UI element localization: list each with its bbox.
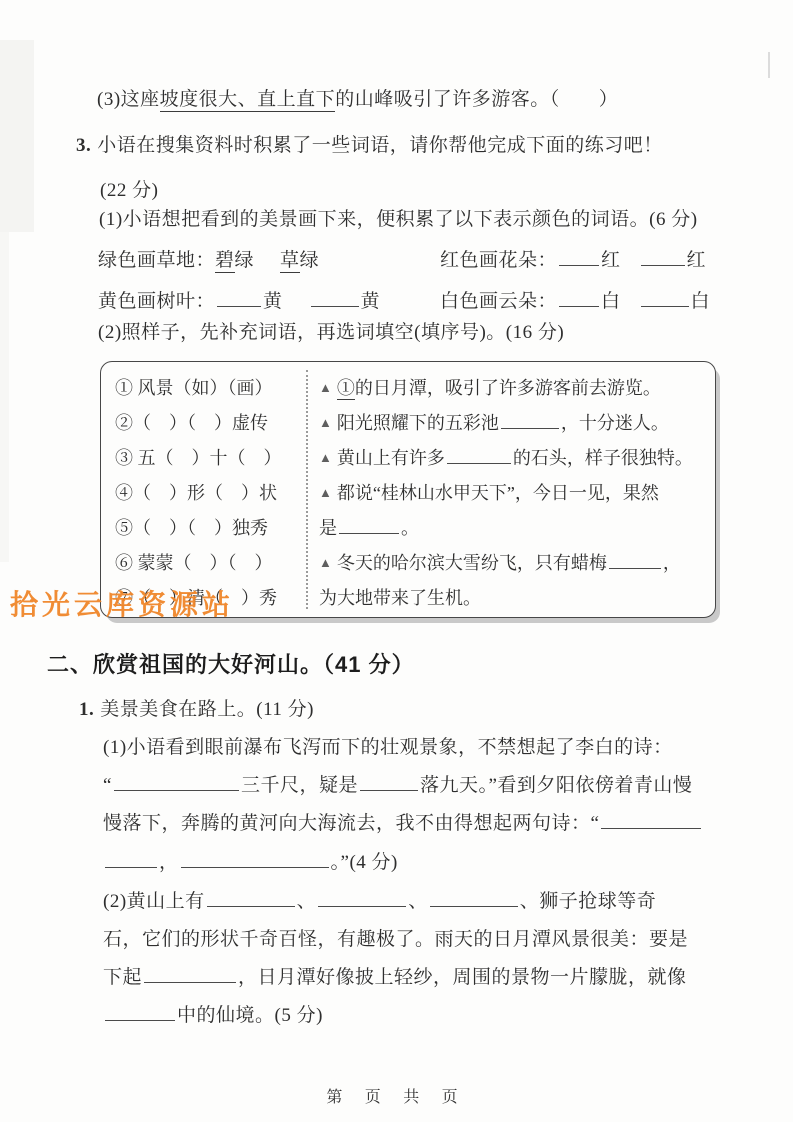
- example-answer: 绿: [300, 250, 320, 271]
- idiom-item-2: ②（ ）（ ）虚传: [115, 409, 268, 435]
- idiom-fill-table: ① 风景（如）（画） ②（ ）（ ）虚传 ③ 五（ ）十（ ） ④（ ）形（ ）…: [100, 361, 716, 618]
- q1-sub-2-line-1: (2)黄山上有、、、狮子抢球等奇: [103, 886, 656, 913]
- question-text: 小语在搜集资料时积累了一些词语，请你帮他完成下面的练习吧！: [97, 135, 663, 156]
- punctuation: 、: [408, 891, 428, 912]
- sentence-3: ▲黄山上有许多的石头，样子很独特。: [319, 444, 693, 470]
- punctuation: ，: [159, 852, 179, 873]
- idiom-item-4: ④（ ）形（ ）状: [115, 479, 277, 505]
- sentence-text: 阳光照耀下的五彩池: [337, 413, 499, 433]
- example-answer: 草: [280, 250, 300, 273]
- quote-mark: “: [103, 775, 112, 796]
- sentence-text: 三千尺，疑是: [241, 775, 358, 796]
- answer-blank: [144, 965, 236, 983]
- sentence-text: 黄山上有许多: [337, 448, 445, 468]
- color-line-yellow: 黄色画树叶：黄黄: [98, 286, 380, 313]
- idiom-text: ① 风景（如）（画）: [115, 378, 273, 398]
- idiom-item-3: ③ 五（ ）十（ ）: [115, 444, 282, 470]
- sentence-text: 的石头，样子很独特。: [513, 448, 693, 468]
- color-char: 白: [691, 291, 711, 312]
- underlined-phrase: 坡度很大、直上直下: [160, 89, 336, 112]
- q1-sub-2-line-4: 中的仙境。(5 分): [103, 1000, 323, 1027]
- idiom-text: ⑥ 蒙蒙（ ）（ ）: [115, 553, 273, 573]
- question-text: 小语想把看到的美景画下来，便积累了以下表示颜色的词语。(6 分): [123, 209, 698, 230]
- sentence-text: ，: [663, 553, 681, 573]
- scan-edge-artifact: [0, 232, 9, 562]
- q1-sub-2-line-3: 下起，日月潭好像披上轻纱，周围的景物一片朦胧，就像: [103, 962, 687, 989]
- idiom-item-6: ⑥ 蒙蒙（ ）（ ）: [115, 549, 273, 575]
- answer-blank: [217, 289, 261, 307]
- sentence-text: 慢落下，奔腾的黄河向大海流去，我不由得想起两句诗：“: [103, 813, 599, 834]
- answer-blank: [641, 289, 689, 307]
- sentence-text: ，十分迷人。: [561, 413, 669, 433]
- category-label: 黄色画树叶：: [98, 291, 215, 312]
- sentence-text: 下起: [103, 967, 142, 988]
- table-divider: [306, 370, 308, 609]
- answer-blank: [105, 1003, 175, 1021]
- example-answer: 碧: [215, 250, 235, 273]
- site-watermark: 拾光云库资源站: [10, 583, 234, 623]
- sentence-1: ▲①的日月潭，吸引了许多游客前去游览。: [319, 374, 661, 400]
- answer-blank: [601, 811, 701, 829]
- section-2-heading: 二、欣赏祖国的大好河山。（41 分）: [47, 648, 415, 679]
- sentence-4-line-2: 是。: [319, 514, 419, 540]
- color-line-white: 白色画云朵：白白: [440, 286, 710, 313]
- q1-sub-1-line-3: 慢落下，奔腾的黄河向大海流去，我不由得想起两句诗：“: [103, 808, 703, 835]
- answer-blank: [447, 447, 511, 464]
- answer-blank: [641, 248, 685, 266]
- category-label: 白色画云朵：: [440, 291, 557, 312]
- idiom-text: ⑤（ ）（ ）独秀: [115, 518, 268, 538]
- color-char: 黄: [263, 291, 283, 312]
- sentence-text: 。”(4 分): [331, 852, 398, 873]
- answer-blank: [105, 850, 157, 868]
- q1-sub-1-line-2: “三千尺，疑是落九天。”看到夕阳依傍着青山慢: [103, 770, 692, 797]
- item-number: (1): [103, 737, 127, 758]
- color-line-red: 红色画花朵：红红: [440, 245, 706, 272]
- idiom-text: ②（ ）（ ）虚传: [115, 413, 268, 433]
- answer-blank: [181, 850, 329, 868]
- triangle-bullet-icon: ▲: [319, 450, 332, 465]
- category-label: 绿色画草地：: [98, 250, 215, 271]
- triangle-bullet-icon: ▲: [319, 555, 332, 570]
- idiom-text: ③ 五（ ）十（ ）: [115, 448, 282, 468]
- question-number: 3.: [76, 135, 91, 156]
- answer-blank: [339, 517, 399, 534]
- color-char: 白: [601, 291, 621, 312]
- scan-edge-artifact: [768, 52, 770, 78]
- score-label: (22 分): [100, 180, 158, 201]
- question-number: 1.: [79, 699, 94, 720]
- answer-blank: [501, 412, 559, 429]
- sentence-4-line-1: ▲都说“桂林山水甲天下”，今日一见，果然: [319, 479, 659, 505]
- worksheet-page: (3)这座坡度很大、直上直下的山峰吸引了许多游客。（ ） 3.小语在搜集资料时积…: [0, 0, 793, 1122]
- idiom-item-1: ① 风景（如）（画）: [115, 374, 273, 400]
- sentence-5-line-1: ▲冬天的哈尔滨大雪纷飞，只有蜡梅，: [319, 549, 681, 575]
- sentence-text: 。: [401, 518, 419, 538]
- color-char: 红: [687, 250, 707, 271]
- category-label: 红色画花朵：: [440, 250, 557, 271]
- sentence-2: ▲阳光照耀下的五彩池，十分迷人。: [319, 409, 669, 435]
- sentence-text: 是: [319, 518, 337, 538]
- filled-answer: ①: [337, 378, 355, 400]
- page-footer: 第 页 共 页: [326, 1084, 466, 1107]
- section-2-question-1: 1.美景美食在路上。(11 分): [79, 694, 314, 721]
- sentence-text: 落九天。”看到夕阳依傍着青山慢: [420, 775, 692, 796]
- sentence-text: 、狮子抢球等奇: [520, 891, 657, 912]
- sentence-text: 这座: [121, 89, 160, 110]
- q1-sub-1-line-1: (1)小语看到眼前瀑布飞泻而下的壮观景象，不禁想起了李白的诗：: [103, 732, 673, 759]
- item-number: (3): [97, 89, 121, 110]
- question-3-stem: 3.小语在搜集资料时积累了一些词语，请你帮他完成下面的练习吧！: [76, 130, 663, 157]
- answer-blank: [559, 248, 599, 266]
- answer-blank: [207, 889, 295, 907]
- scan-edge-artifact: [0, 40, 34, 232]
- question-3-sub-2: (2)照样子，先补充词语，再选词填空(填序号)。(16 分): [98, 317, 564, 344]
- color-char: 红: [601, 250, 621, 271]
- item-number: (2): [103, 891, 127, 912]
- sentence-text: 都说“桂林山水甲天下”，今日一见，果然: [337, 483, 659, 503]
- answer-blank: [311, 289, 359, 307]
- question-3-score: (22 分): [100, 175, 158, 202]
- answer-blank: [609, 552, 661, 569]
- sentence-text: ，日月潭好像披上轻纱，周围的景物一片朦胧，就像: [238, 967, 687, 988]
- sentence-text: 的山峰吸引了许多游客。（ ）: [335, 89, 618, 110]
- answer-blank: [430, 889, 518, 907]
- answer-blank: [559, 289, 599, 307]
- answer-blank: [360, 773, 418, 791]
- item-number: (1): [99, 209, 123, 230]
- idiom-item-5: ⑤（ ）（ ）独秀: [115, 514, 268, 540]
- question-3-sub-1: (1)小语想把看到的美景画下来，便积累了以下表示颜色的词语。(6 分): [99, 204, 698, 231]
- item-number: (2): [98, 322, 122, 343]
- punctuation: 、: [297, 891, 317, 912]
- question-text: 美景美食在路上。(11 分): [100, 699, 314, 720]
- sentence-text: 石，它们的形状千奇百怪，有趣极了。雨天的日月潭风景很美：要是: [103, 929, 688, 950]
- sentence-text: 的日月潭，吸引了许多游客前去游览。: [355, 378, 661, 398]
- example-answer: 绿: [235, 250, 255, 271]
- triangle-bullet-icon: ▲: [319, 380, 332, 395]
- answer-blank: [114, 773, 239, 791]
- color-char: 黄: [361, 291, 381, 312]
- sentence-text: 冬天的哈尔滨大雪纷飞，只有蜡梅: [337, 553, 607, 573]
- triangle-bullet-icon: ▲: [319, 415, 332, 430]
- idiom-text: ④（ ）形（ ）状: [115, 483, 277, 503]
- triangle-bullet-icon: ▲: [319, 485, 332, 500]
- sentence-text: 黄山上有: [127, 891, 205, 912]
- sentence-text: 为大地带来了生机。: [319, 588, 481, 608]
- color-line-green: 绿色画草地：碧绿草绿: [98, 245, 319, 272]
- q1-sub-2-line-2: 石，它们的形状千奇百怪，有趣极了。雨天的日月潭风景很美：要是: [103, 924, 688, 951]
- question-text: 照样子，先补充词语，再选词填空(填序号)。(16 分): [122, 322, 565, 343]
- sentence-text: 小语看到眼前瀑布飞泻而下的壮观景象，不禁想起了李白的诗：: [127, 737, 673, 758]
- answer-blank: [318, 889, 406, 907]
- sentence-5-line-2: 为大地带来了生机。: [319, 584, 481, 610]
- sentence-text: 中的仙境。(5 分): [177, 1005, 323, 1026]
- question-3-item-3: (3)这座坡度很大、直上直下的山峰吸引了许多游客。（ ）: [97, 84, 618, 111]
- q1-sub-1-line-4: ，。”(4 分): [103, 847, 398, 874]
